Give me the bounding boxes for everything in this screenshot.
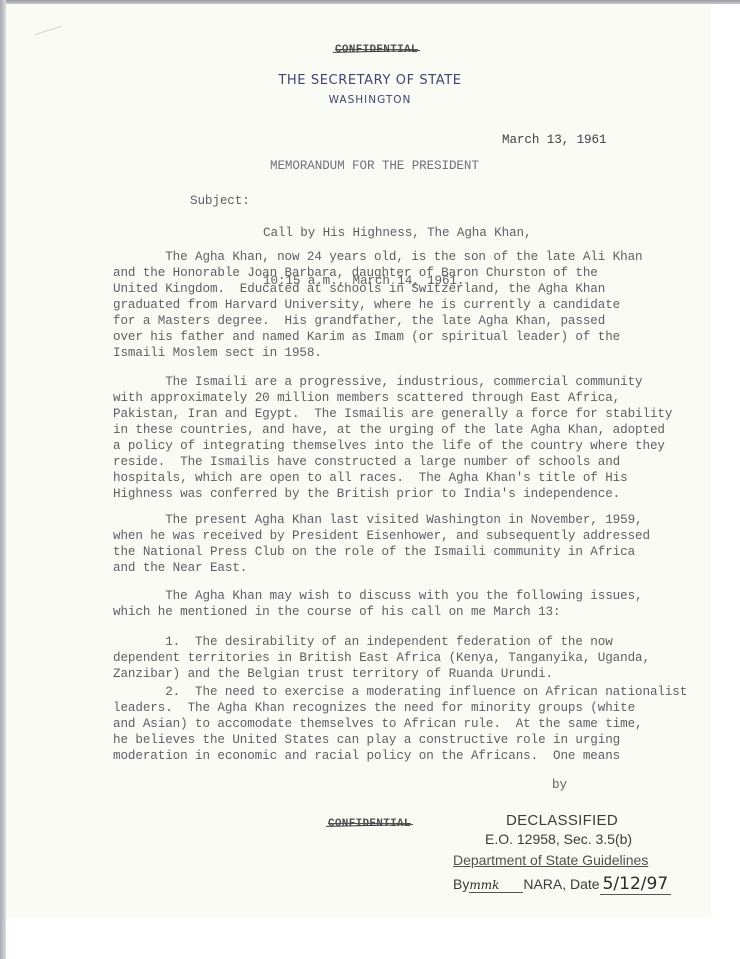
body-line: over his father and named Karim as Imam … [113,329,642,345]
declassified-stamp-title: DECLASSIFIED [506,812,618,829]
body-line: with approximately 20 million members sc… [113,390,672,406]
classification-bottom: CONFIDENTIAL [328,818,411,830]
body-line: hospitals, which are open to all races. … [113,470,672,486]
nara-date-label: NARA, Date [523,876,599,892]
declassified-stamp-guidelines: Department of State Guidelines [453,852,648,868]
subject-label: Subject: [190,193,250,209]
body-line: which he mentioned in the course of his … [113,604,642,620]
body-line: a policy of integrating themselves into … [113,438,672,454]
declassified-stamp-signoff: Bymmk NARA, Date5/12/97 [453,874,671,895]
letterhead-title: THE SECRETARY OF STATE [0,73,740,88]
memo-title: MEMORANDUM FOR THE PRESIDENT [270,158,479,174]
body-line: Ismaili Moslem sect in 1958. [113,345,642,361]
body-line: The Ismaili are a progressive, industrio… [113,374,672,390]
body-line: dependent territories in British East Af… [113,650,650,666]
body-line: Pakistan, Iran and Egypt. The Ismailis a… [113,406,672,422]
subject-line: Call by His Highness, The Agha Khan, [263,225,531,241]
reviewer-initials: mmk [469,878,511,893]
body-paragraph: The Agha Khan may wish to discuss with y… [113,588,642,620]
body-line: Zanzibar) and the Belgian trust territor… [113,666,650,682]
body-line: graduated from Harvard University, where… [113,297,642,313]
body-line: 2. The need to exercise a moderating inf… [113,684,687,700]
body-line: for a Masters degree. His grandfather, t… [113,313,642,329]
body-line: and the Honorable Joan Barbara, daughter… [113,265,642,281]
by-label: By [453,876,469,892]
continuation-word: by [552,777,567,793]
memo-date: March 13, 1961 [502,132,606,148]
declassification-date: 5/12/97 [600,874,672,895]
body-paragraph: The present Agha Khan last visited Washi… [113,512,650,576]
body-line: The Agha Khan may wish to discuss with y… [113,588,642,604]
body-line: 1. The desirability of an independent fe… [113,634,650,650]
body-paragraph: 2. The need to exercise a moderating inf… [113,684,687,764]
body-line: United Kingdom. Educated at schools in S… [113,281,642,297]
body-line: the National Press Club on the role of t… [113,544,650,560]
body-paragraph: The Ismaili are a progressive, industrio… [113,374,672,502]
body-line: and the Near East. [113,560,650,576]
body-line: and Asian) to accomodate themselves to A… [113,716,687,732]
body-paragraph: The Agha Khan, now 24 years old, is the … [113,249,642,361]
body-paragraph: 1. The desirability of an independent fe… [113,634,650,682]
body-line: The Agha Khan, now 24 years old, is the … [113,249,642,265]
body-line: in these countries, and have, at the urg… [113,422,672,438]
body-line: The present Agha Khan last visited Washi… [113,512,650,528]
declassified-stamp-authority: E.O. 12958, Sec. 3.5(b) [485,831,632,847]
body-line: moderation in economic and racial policy… [113,748,687,764]
letterhead-city: WASHINGTON [0,94,740,106]
body-line: leaders. The Agha Khan recognizes the ne… [113,700,687,716]
body-line: when he was received by President Eisenh… [113,528,650,544]
body-line: he believes the United States can play a… [113,732,687,748]
body-line: Highness was conferred by the British pr… [113,486,672,502]
body-line: reside. The Ismailis have constructed a … [113,454,672,470]
blank-line [511,876,523,893]
classification-top: CONFIDENTIAL [335,44,418,56]
